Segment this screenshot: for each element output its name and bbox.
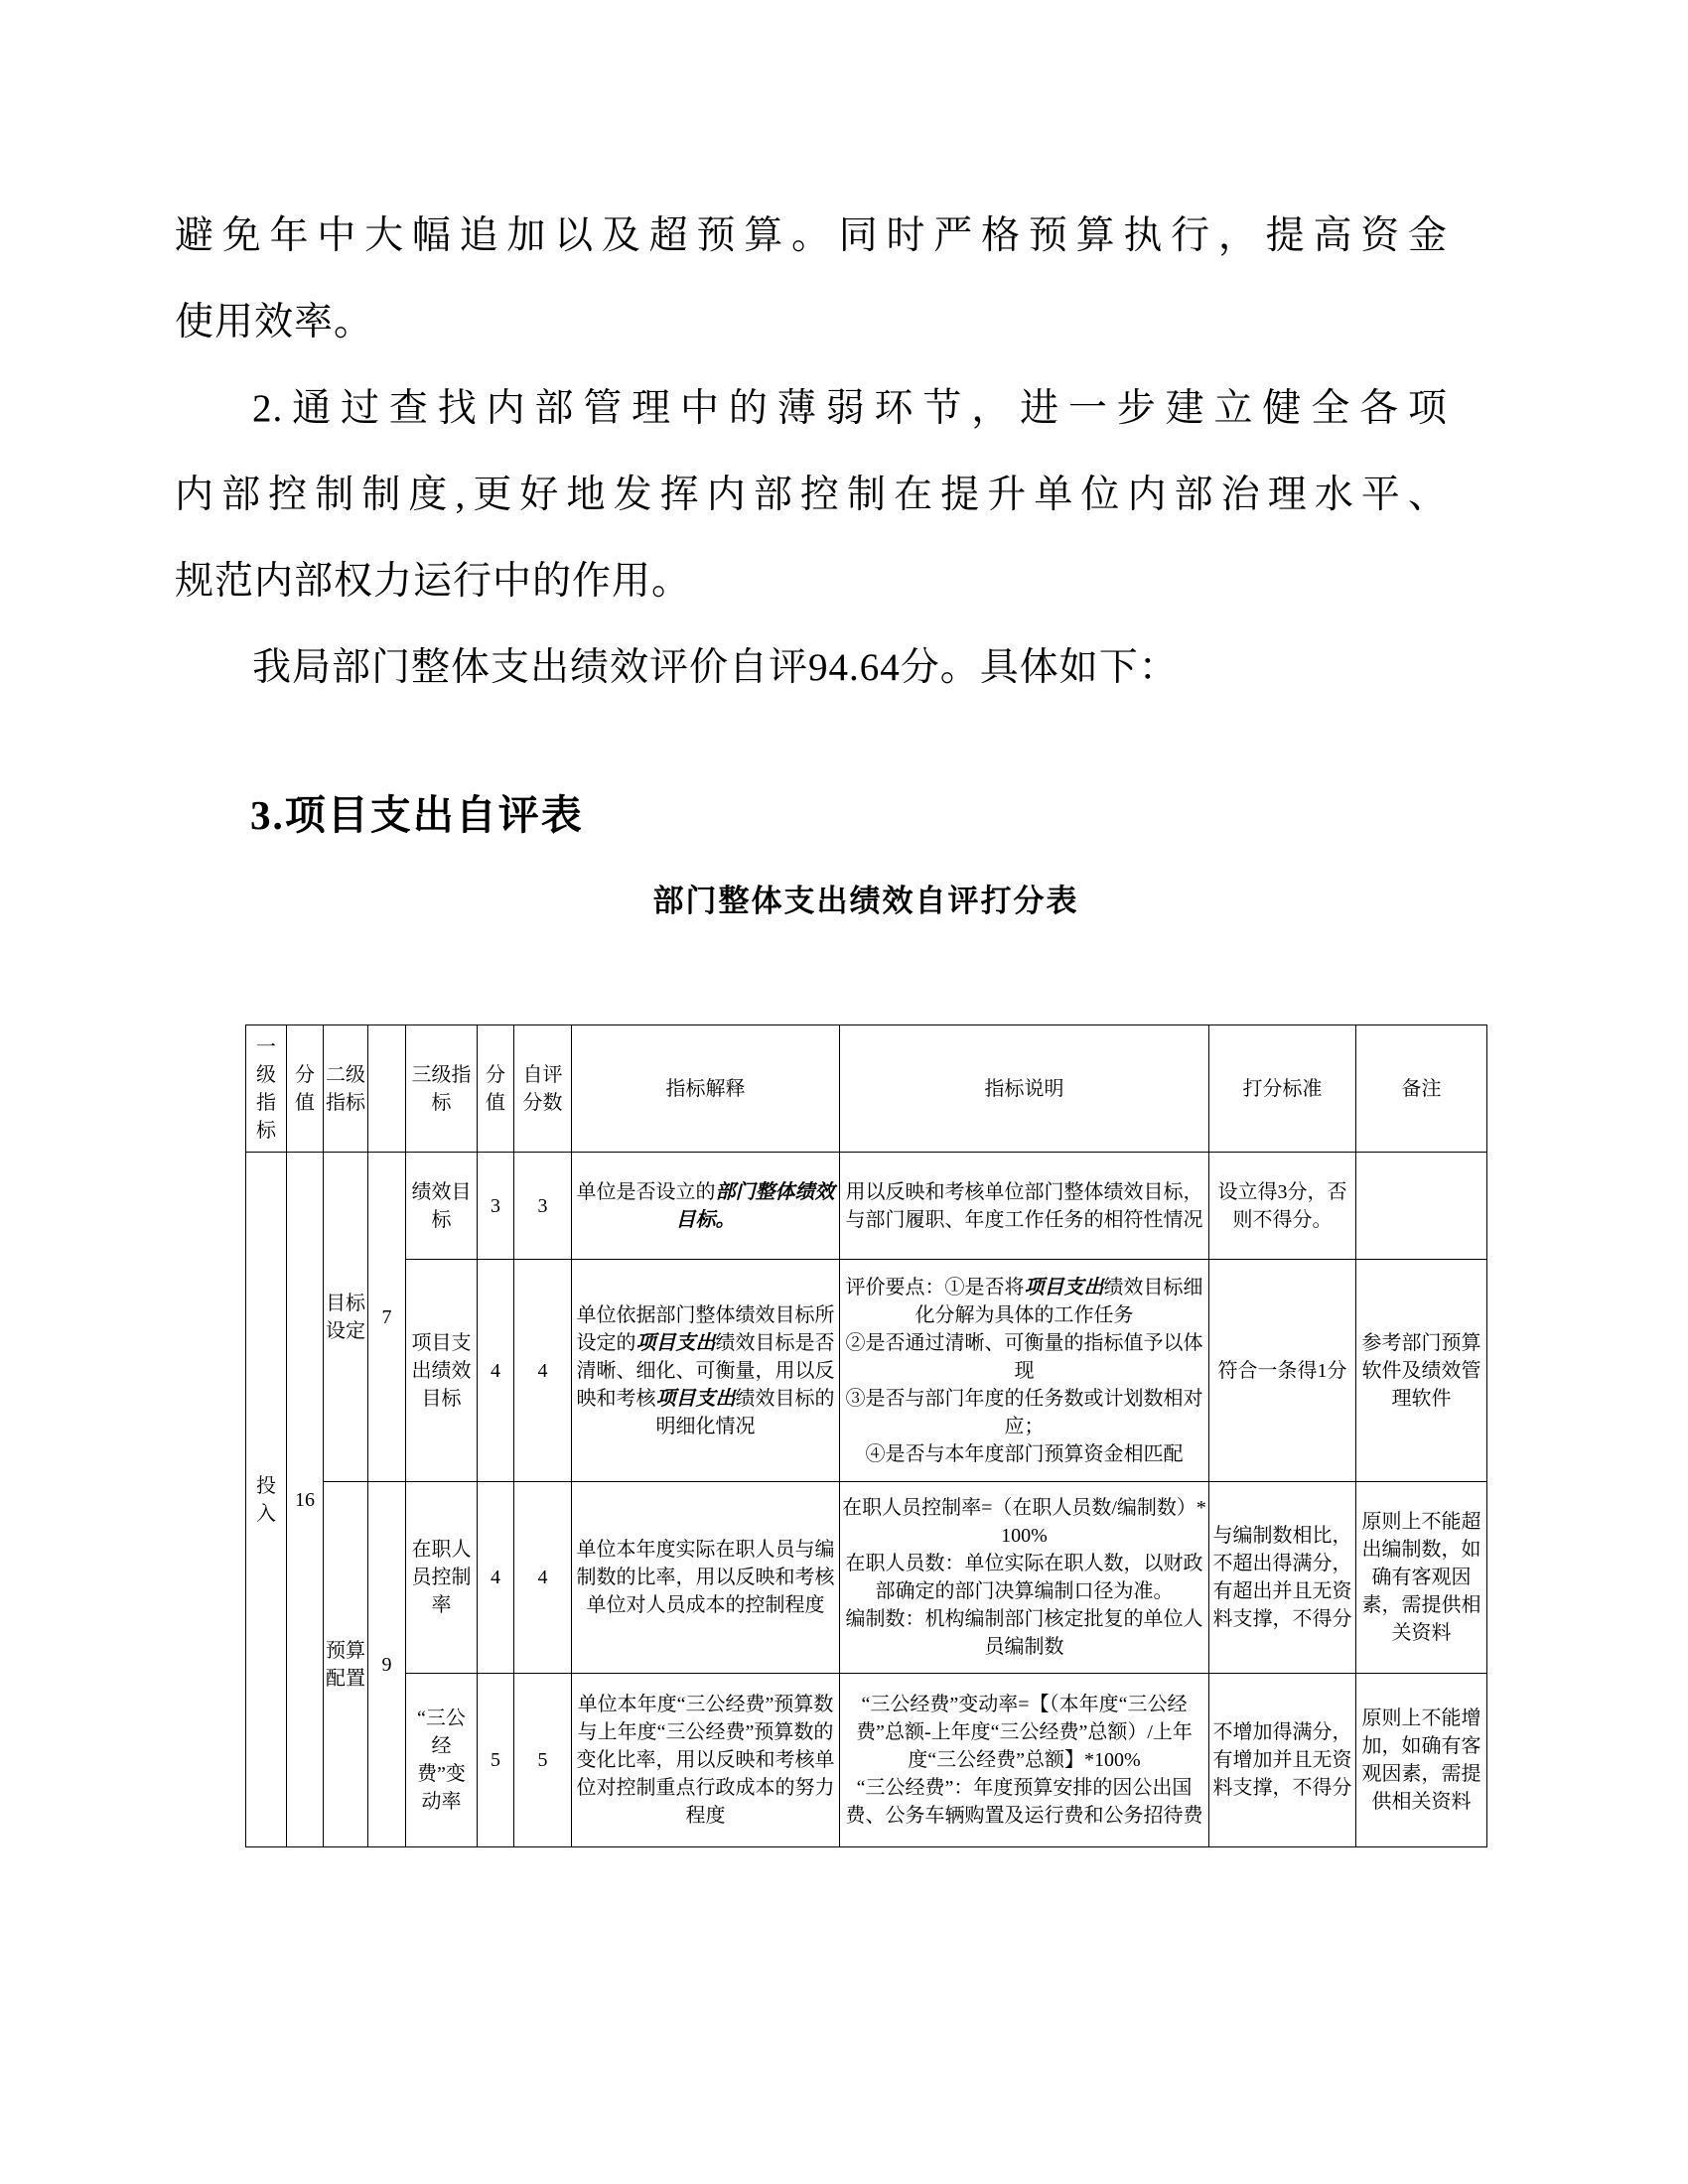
cell-score: 4 [478,1482,514,1674]
table-title: 部门整体支出绩效自评打分表 [245,876,1486,920]
cell-explanation: 单位依据部门整体绩效目标所设定的项目支出绩效目标是否清晰、细化、可衡量，用以反映… [572,1260,840,1482]
cell-remark: 参考部门预算软件及绩效管理软件 [1356,1260,1487,1482]
cell-self-score: 4 [514,1260,572,1482]
header-level3-indicator: 三级指标 [406,1025,478,1153]
cell-explanation: 单位是否设立的部门整体绩效目标。 [572,1153,840,1260]
header-level1-score: 分值 [287,1025,324,1153]
paragraph1-line2: 使用效率。 [175,279,1448,365]
paragraph2-line2: 内部控制制度,更好地发挥内部控制在提升单位内部治理水平、 [175,452,1448,538]
cell-indicator: 绩效目标 [406,1153,478,1260]
table-header-row: 一级指标 分值 二级指标 三级指标 分值 自评分数 指标解释 指标说明 打分标准… [246,1025,1487,1153]
cell-level2-goal-setting: 目标设定 [324,1153,368,1482]
header-description: 指标说明 [840,1025,1209,1153]
cell-indicator: 在职人员控制率 [406,1482,478,1674]
cell-level1-indicator: 投入 [246,1153,287,1847]
cell-indicator: 项目支出绩效目标 [406,1260,478,1482]
cell-criteria: 不增加得满分，有增加并且无资料支撑，不得分 [1209,1674,1356,1847]
header-explanation: 指标解释 [572,1025,840,1153]
paragraph2-line3: 规范内部权力运行中的作用。 [175,538,1448,624]
cell-explanation: 单位本年度实际在职人员与编制数的比率，用以反映和考核单位对人员成本的控制程度 [572,1482,840,1674]
cell-criteria: 与编制数相比，不超出得满分，有超出并且无资料支撑，不得分 [1209,1482,1356,1674]
cell-description: 在职人员控制率=（在职人员数/编制数）*100%在职人员数：单位实际在职人数，以… [840,1482,1209,1674]
header-self-score: 自评分数 [514,1025,572,1153]
table-row-staff-control-rate: 预算配置 9 在职人员控制率 4 4 单位本年度实际在职人员与编制数的比率，用以… [246,1482,1487,1674]
section-heading: 3.项目支出自评表 [175,782,1448,841]
cell-level2-budget-allocation-score: 9 [368,1482,406,1847]
cell-indicator: “三公经费”变动率 [406,1674,478,1847]
cell-self-score: 4 [514,1482,572,1674]
header-level2-score [368,1025,406,1153]
cell-remark: 原则上不能增加，如确有客观因素，需提供相关资料 [1356,1674,1487,1847]
cell-description: “三公经费”变动率=【（本年度“三公经费”总额-上年度“三公经费”总额）/上年度… [840,1674,1209,1847]
header-level1-indicator: 一级指标 [246,1025,287,1153]
cell-score: 3 [478,1153,514,1260]
cell-self-score: 3 [514,1153,572,1260]
paragraph2-line1: 2.通过查找内部管理中的薄弱环节，进一步建立健全各项 [175,365,1448,452]
cell-score: 5 [478,1674,514,1847]
cell-explanation: 单位本年度“三公经费”预算数与上年度“三公经费”预算数的变化比率，用以反映和考核… [572,1674,840,1847]
table-row-three-public-funds-rate: “三公经费”变动率 5 5 单位本年度“三公经费”预算数与上年度“三公经费”预算… [246,1674,1487,1847]
cell-description: 评价要点：①是否将项目支出绩效目标细化分解为具体的工作任务②是否通过清晰、可衡量… [840,1260,1209,1482]
document-page: 避免年中大幅追加以及超预算。同时严格预算执行，提高资金 使用效率。 2.通过查找… [0,0,1688,2184]
header-criteria: 打分标准 [1209,1025,1356,1153]
cell-level1-score: 16 [287,1153,324,1847]
header-level2-indicator: 二级指标 [324,1025,368,1153]
table-row-performance-goal: 投入 16 目标设定 7 绩效目标 3 3 单位是否设立的部门整体绩效目标。 用… [246,1153,1487,1260]
paragraph1-line1: 避免年中大幅追加以及超预算。同时严格预算执行，提高资金 [175,193,1448,279]
table-row-project-expenditure-goal: 项目支出绩效目标 4 4 单位依据部门整体绩效目标所设定的项目支出绩效目标是否清… [246,1260,1487,1482]
cell-remark: 原则上不能超出编制数，如确有客观因素，需提供相关资料 [1356,1482,1487,1674]
cell-description: 用以反映和考核单位部门整体绩效目标，与部门履职、年度工作任务的相符性情况 [840,1153,1209,1260]
cell-criteria: 符合一条得1分 [1209,1260,1356,1482]
cell-remark [1356,1153,1487,1260]
cell-criteria: 设立得3分，否则不得分。 [1209,1153,1356,1260]
cell-self-score: 5 [514,1674,572,1847]
self-assessment-score-table: 一级指标 分值 二级指标 三级指标 分值 自评分数 指标解释 指标说明 打分标准… [245,1024,1487,1847]
paragraph3-line1: 我局部门整体支出绩效评价自评94.64分。具体如下： [175,624,1448,711]
body-text: 避免年中大幅追加以及超预算。同时严格预算执行，提高资金 使用效率。 2.通过查找… [175,193,1448,711]
cell-level2-budget-allocation: 预算配置 [324,1482,368,1847]
header-score: 分值 [478,1025,514,1153]
header-remark: 备注 [1356,1025,1487,1153]
cell-level2-goal-setting-score: 7 [368,1153,406,1482]
cell-score: 4 [478,1260,514,1482]
